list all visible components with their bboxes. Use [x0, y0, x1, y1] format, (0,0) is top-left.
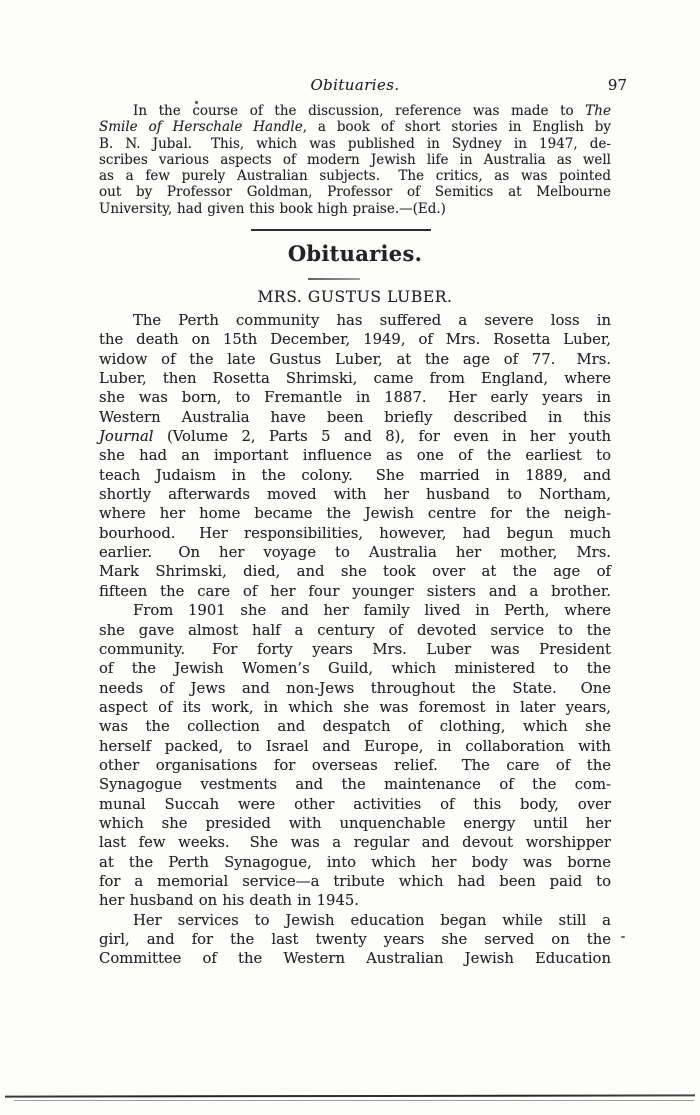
- text-line: girl, and for the last twenty years she …: [99, 930, 611, 949]
- text-line: she had an important influence as one of…: [99, 446, 611, 465]
- text-line: was the collection and despatch of cloth…: [99, 717, 611, 736]
- text-line: she was born, to Fremantle in 1887. Her …: [99, 388, 611, 407]
- text-line: The Perth community has suffered a sever…: [99, 311, 611, 330]
- text-line: of the Jewish Women’s Guild, which minis…: [99, 659, 611, 678]
- text-line: out by Professor Goldman, Professor of S…: [99, 184, 611, 200]
- paragraph-3: Her services to Jewish education began w…: [99, 911, 611, 969]
- text-line: Mark Shrimski, died, and she took over a…: [99, 562, 611, 581]
- text-line: the death on 15th December, 1949, of Mrs…: [99, 330, 611, 349]
- text-line: at the Perth Synagogue, into which her b…: [99, 853, 611, 872]
- text-line: she gave almost half a century of devote…: [99, 621, 611, 640]
- paragraph-1: The Perth community has suffered a sever…: [99, 311, 611, 601]
- text-line: fifteen the care of her four younger sis…: [99, 582, 611, 601]
- text-line: widow of the late Gustus Luber, at the a…: [99, 350, 611, 369]
- text-line: Smile of Herschale Handle, a book of sho…: [99, 119, 611, 135]
- text-line: aspect of its work, in which she was for…: [99, 698, 611, 717]
- text-line: University, had given this book high pra…: [99, 201, 611, 217]
- text-line: last few weeks. She was a regular and de…: [99, 833, 611, 852]
- text-line: Synagogue vestments and the maintenance …: [99, 775, 611, 794]
- margin-mark-artifact: [621, 936, 625, 938]
- obituary-title: MRS. GUSTUS LUBER.: [99, 288, 611, 306]
- text-line: which she presided with unquenchable ene…: [99, 814, 611, 833]
- text-line: shortly afterwards moved with her husban…: [99, 485, 611, 504]
- page-number: 97: [608, 76, 627, 94]
- text-line: needs of Jews and non-Jews throughout th…: [99, 679, 611, 698]
- heading-divider-rule: [308, 278, 360, 280]
- paragraph-2: From 1901 she and her family lived in Pe…: [99, 601, 611, 911]
- running-head: Obituaries. 97: [99, 76, 611, 96]
- section-heading: Obituaries.: [99, 241, 611, 266]
- text-line: Committee of the Western Australian Jewi…: [99, 949, 611, 968]
- text-line: other organisations for overseas relief.…: [99, 756, 611, 775]
- page-bottom-rule: [5, 1094, 695, 1097]
- text-line: Luber, then Rosetta Shrimski, came from …: [99, 369, 611, 388]
- text-line: teach Judaism in the colony. She married…: [99, 466, 611, 485]
- text-line: Journal (Volume 2, Parts 5 and 8), for e…: [99, 427, 611, 446]
- running-head-title: Obituaries.: [99, 76, 611, 94]
- page-bottom-rule-shadow: [14, 1100, 694, 1101]
- text-line: From 1901 she and her family lived in Pe…: [99, 601, 611, 620]
- obituary-body: The Perth community has suffered a sever…: [99, 311, 611, 969]
- text-line: as a few purely Australian subjects. The…: [99, 168, 611, 184]
- text-line: herself packed, to Israel and Europe, in…: [99, 737, 611, 756]
- text-line: bourhood. Her responsibilities, however,…: [99, 524, 611, 543]
- text-line: scribes various aspects of modern Jewish…: [99, 152, 611, 168]
- text-line: B. N. Jubal. This, which was published i…: [99, 136, 611, 152]
- section-divider-rule: [251, 229, 431, 231]
- text-line: her husband on his death in 1945.: [99, 891, 611, 910]
- text-line: earlier. On her voyage to Australia her …: [99, 543, 611, 562]
- text-line: munal Succah were other activities of th…: [99, 795, 611, 814]
- text-line: In the course of the discussion, referen…: [99, 103, 611, 119]
- editorial-note: In the course of the discussion, referen…: [99, 103, 611, 217]
- text-line: Her services to Jewish education began w…: [99, 911, 611, 930]
- text-line: where her home became the Jewish centre …: [99, 504, 611, 523]
- text-line: community. For forty years Mrs. Luber wa…: [99, 640, 611, 659]
- text-line: Western Australia have been briefly desc…: [99, 408, 611, 427]
- text-line: for a memorial service—a tribute which h…: [99, 872, 611, 891]
- scanned-page: Obituaries. 97 In the course of the disc…: [0, 0, 700, 1115]
